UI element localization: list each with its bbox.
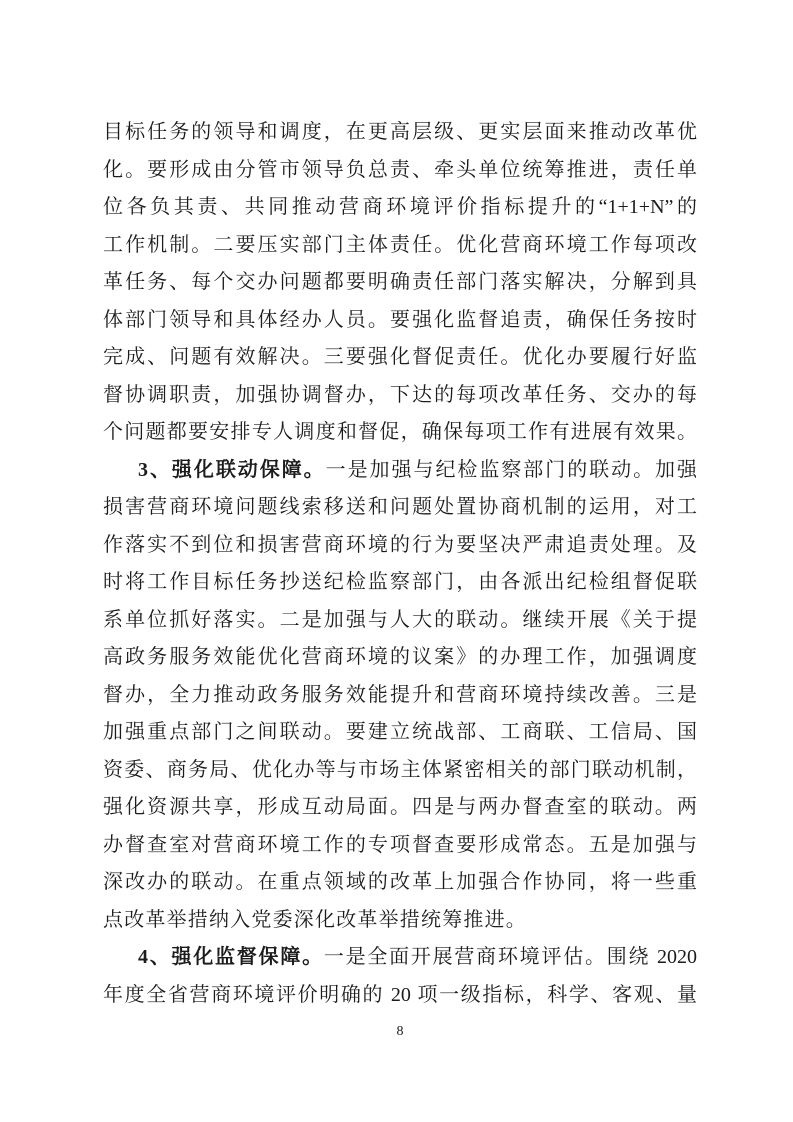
line-text: 年度全省营商环境评价明确的 20 项一级指标，科学、客观、量 [103,984,697,1006]
text-line: 点改革举措纳入党委深化改革举措统筹推进。 [103,902,697,940]
line-text: 资委、商务局、优化办等与市场主体紧密相关的部门联动机制， [103,759,697,781]
text-line: 革任务、每个交办问题都要明确责任部门落实解决，分解到具 [103,264,697,302]
line-text: 个问题都要安排专人调度和督促，确保每项工作有进展有效果。 [103,421,697,443]
text-line: 办督查室对营商环境工作的专项督查要形成常态。五是加强与 [103,827,697,865]
text-line: 目标任务的领导和调度，在更高层级、更实层面来推动改革优 [103,114,697,152]
text-line: 作落实不到位和损害营商环境的行为要坚决严肃追责处理。及 [103,527,697,565]
text-line: 年度全省营商环境评价明确的 20 项一级指标，科学、客观、量 [103,977,697,1015]
line-text: 加强重点部门之间联动。要建立统战部、工商联、工信局、国 [103,721,697,743]
text-line: 4、强化监督保障。一是全面开展营商环境评估。围绕 2020 [103,939,697,977]
text-line: 加强重点部门之间联动。要建立统战部、工商联、工信局、国 [103,714,697,752]
line-text: 工作机制。二要压实部门主体责任。优化营商环境工作每项改 [103,234,697,256]
line-text: 强化资源共享，形成互动局面。四是与两办督查室的联动。两 [103,796,697,818]
text-line: 化。要形成由分管市领导负总责、牵头单位统筹推进，责任单 [103,152,697,190]
page-number: 8 [103,1022,697,1042]
line-text: 损害营商环境问题线索移送和问题处置协商机制的运用，对工 [103,496,697,518]
line-text: 完成、问题有效解决。三要强化督促责任。优化办要履行好监 [103,346,697,368]
line-text: 化。要形成由分管市领导负总责、牵头单位统筹推进，责任单 [103,159,697,181]
line-text: 办督查室对营商环境工作的专项督查要形成常态。五是加强与 [103,834,697,856]
line-text: 位各负其责、共同推动营商环境评价指标提升的“1+1+N”的 [103,196,697,218]
paragraph-lead: 3、强化联动保障。 [138,459,326,481]
text-line: 督办，全力推动政务服务效能提升和营商环境持续改善。三是 [103,677,697,715]
text-line: 高政务服务效能优化营商环境的议案》的办理工作，加强调度 [103,639,697,677]
line-text: 体部门领导和具体经办人员。要强化监督追责，确保任务按时 [103,309,697,331]
document-page: 目标任务的领导和调度，在更高层级、更实层面来推动改革优化。要形成由分管市领导负总… [0,0,793,1122]
line-text: 一是加强与纪检监察部门的联动。加强 [326,459,697,481]
line-text: 作落实不到位和损害营商环境的行为要坚决严肃追责处理。及 [103,534,697,556]
line-text: 高政务服务效能优化营商环境的议案》的办理工作，加强调度 [103,646,697,668]
line-text: 时将工作目标任务抄送纪检监察部门，由各派出纪检组督促联 [103,571,697,593]
text-line: 完成、问题有效解决。三要强化督促责任。优化办要履行好监 [103,339,697,377]
line-text: 深改办的联动。在重点领域的改革上加强合作协同，将一些重 [103,871,697,893]
line-text: 一是全面开展营商环境评估。围绕 2020 [324,946,697,968]
text-line: 时将工作目标任务抄送纪检监察部门，由各派出纪检组督促联 [103,564,697,602]
line-text: 督协调职责，加强协调督办，下达的每项改革任务、交办的每 [103,384,697,406]
text-line: 深改办的联动。在重点领域的改革上加强合作协同，将一些重 [103,864,697,902]
line-text: 督办，全力推动政务服务效能提升和营商环境持续改善。三是 [103,684,697,706]
line-text: 目标任务的领导和调度，在更高层级、更实层面来推动改革优 [103,121,697,143]
text-line: 位各负其责、共同推动营商环境评价指标提升的“1+1+N”的 [103,189,697,227]
text-line: 强化资源共享，形成互动局面。四是与两办督查室的联动。两 [103,789,697,827]
text-line: 损害营商环境问题线索移送和问题处置协商机制的运用，对工 [103,489,697,527]
text-line: 体部门领导和具体经办人员。要强化监督追责，确保任务按时 [103,302,697,340]
text-line: 资委、商务局、优化办等与市场主体紧密相关的部门联动机制， [103,752,697,790]
line-text: 系单位抓好落实。二是加强与人大的联动。继续开展《关于提 [103,609,697,631]
text-line: 3、强化联动保障。一是加强与纪检监察部门的联动。加强 [103,452,697,490]
text-line: 个问题都要安排专人调度和督促，确保每项工作有进展有效果。 [103,414,697,452]
text-line: 督协调职责，加强协调督办，下达的每项改革任务、交办的每 [103,377,697,415]
text-line: 系单位抓好落实。二是加强与人大的联动。继续开展《关于提 [103,602,697,640]
document-body: 目标任务的领导和调度，在更高层级、更实层面来推动改革优化。要形成由分管市领导负总… [103,114,697,1014]
paragraph-lead: 4、强化监督保障。 [138,946,324,968]
line-text: 革任务、每个交办问题都要明确责任部门落实解决，分解到具 [103,271,697,293]
text-line: 工作机制。二要压实部门主体责任。优化营商环境工作每项改 [103,227,697,265]
line-text: 点改革举措纳入党委深化改革举措统筹推进。 [103,909,527,931]
